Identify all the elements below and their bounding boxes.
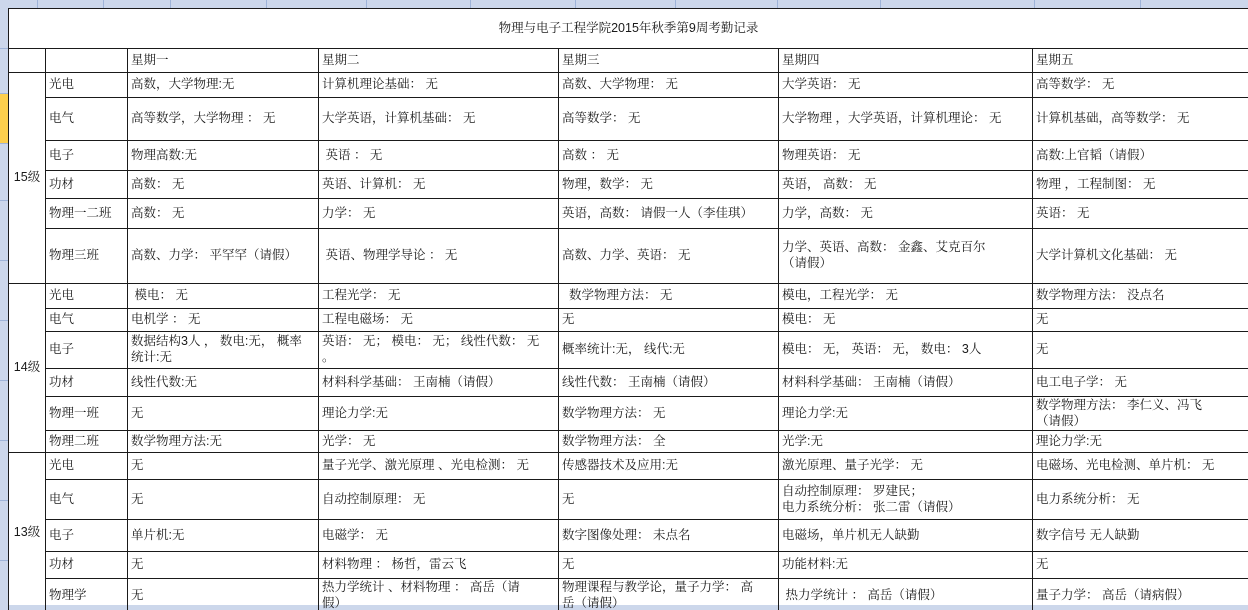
- attendance-cell[interactable]: 英语： 无: [1033, 199, 1248, 229]
- attendance-cell[interactable]: 高数、力学： 平罕罕（请假）: [128, 229, 319, 284]
- attendance-cell[interactable]: 英语，高数： 请假一人（李佳琪）: [559, 199, 779, 229]
- table-row: 物理二班数学物理方法:无光学： 无数学物理方法： 全光学:无理论力学:无: [9, 431, 1248, 453]
- sheet-row-gridline: [0, 500, 8, 501]
- corner-cell-grade[interactable]: [9, 49, 46, 73]
- sheet-row-gridline: [0, 93, 8, 94]
- table-row: 功材高数： 无英语、计算机： 无物理，数学： 无英语， 高数： 无物理 ，工程制…: [9, 171, 1248, 199]
- attendance-cell[interactable]: 电磁学： 无: [319, 520, 559, 552]
- attendance-cell[interactable]: 物理课程与教学论，量子力学： 高 岳（请假）: [559, 579, 779, 610]
- attendance-cell[interactable]: 理论力学:无: [1033, 431, 1248, 453]
- table-row: 13级光电无量子光学、激光原理 、光电检测： 无传感器技术及应用:无激光原理、量…: [9, 453, 1248, 480]
- attendance-cell[interactable]: 无: [128, 552, 319, 579]
- sheet-top-strip: [0, 0, 1248, 8]
- attendance-cell[interactable]: 热力学统计 、材料物理 ： 高岳（请 假）: [319, 579, 559, 610]
- attendance-cell[interactable]: 线性代数:无: [128, 369, 319, 397]
- attendance-cell[interactable]: 理论力学:无: [779, 397, 1033, 431]
- grade-cell-15级[interactable]: 15级: [9, 73, 46, 284]
- attendance-cell[interactable]: 工程电磁场： 无: [319, 309, 559, 332]
- attendance-cell[interactable]: 高数 ： 无: [559, 141, 779, 171]
- attendance-cell[interactable]: 数学物理方法： 全: [559, 431, 779, 453]
- attendance-cell[interactable]: 电机学 ： 无: [128, 309, 319, 332]
- attendance-cell[interactable]: 概率统计:无， 线代:无: [559, 332, 779, 369]
- class-cell-14级-物理一班[interactable]: 物理一班: [46, 397, 128, 431]
- class-cell-14级-功材[interactable]: 功材: [46, 369, 128, 397]
- sheet-row-gridline: [0, 380, 8, 381]
- table-row: 电气电机学 ： 无工程电磁场： 无无模电： 无无: [9, 309, 1248, 332]
- attendance-cell[interactable]: 热力学统计 ： 高岳（请假）: [779, 579, 1033, 610]
- table-row: 电气高等数学，大学物理 ： 无大学英语，计算机基础： 无高等数学： 无大学物理 …: [9, 98, 1248, 141]
- attendance-cell[interactable]: 无: [559, 552, 779, 579]
- attendance-cell[interactable]: 电力系统分析： 无: [1033, 480, 1248, 520]
- highlight-cell-yellow: [0, 93, 8, 143]
- class-cell-15级-光电[interactable]: 光电: [46, 73, 128, 98]
- class-cell-14级-电气[interactable]: 电气: [46, 309, 128, 332]
- sheet-row-gridline: [0, 260, 8, 261]
- attendance-cell[interactable]: 自动控制原理： 罗建民； 电力系统分析： 张二雷（请假）: [779, 480, 1033, 520]
- attendance-cell[interactable]: 高数： 无: [128, 199, 319, 229]
- class-cell-15级-电气[interactable]: 电气: [46, 98, 128, 141]
- attendance-cell[interactable]: 无: [128, 397, 319, 431]
- attendance-cell[interactable]: 量子光学、激光原理 、光电检测： 无: [319, 453, 559, 480]
- day-header-3[interactable]: 星期三: [559, 49, 779, 73]
- class-cell-13级-功材[interactable]: 功材: [46, 552, 128, 579]
- sheet-column-gridline: [575, 0, 576, 8]
- sheet-row-gridline: [0, 143, 8, 144]
- attendance-cell[interactable]: 高等数学： 无: [559, 98, 779, 141]
- attendance-cell[interactable]: 大学物理 ，大学英语，计算机理论： 无: [779, 98, 1033, 141]
- attendance-table: 物理与电子工程学院2015年秋季第9周考勤记录星期一星期二星期三星期四星期五15…: [8, 8, 1248, 610]
- corner-cell-class[interactable]: [46, 49, 128, 73]
- sheet-column-gridline: [103, 0, 104, 8]
- attendance-cell[interactable]: 数学物理方法： 李仁义、冯飞 （请假）: [1033, 397, 1248, 431]
- sheet-column-gridline: [675, 0, 676, 8]
- attendance-cell[interactable]: 无: [128, 579, 319, 610]
- attendance-cell[interactable]: 数学物理方法： 没点名: [1033, 284, 1248, 309]
- sheet-column-gridline: [266, 0, 267, 8]
- attendance-cell[interactable]: 数据结构3人 ， 数电:无， 概率 统计:无: [128, 332, 319, 369]
- attendance-cell[interactable]: 线性代数： 王南楠（请假）: [559, 369, 779, 397]
- day-header-4[interactable]: 星期四: [779, 49, 1033, 73]
- attendance-cell[interactable]: 高数、大学物理： 无: [559, 73, 779, 98]
- attendance-cell[interactable]: 高数： 无: [128, 171, 319, 199]
- class-cell-14级-物理二班[interactable]: 物理二班: [46, 431, 128, 453]
- class-cell-13级-电子[interactable]: 电子: [46, 520, 128, 552]
- attendance-cell[interactable]: 光学： 无: [319, 431, 559, 453]
- attendance-cell[interactable]: 数学物理方法： 无: [559, 397, 779, 431]
- sheet-column-gridline: [777, 0, 778, 8]
- attendance-cell[interactable]: 高等数学： 无: [1033, 73, 1248, 98]
- attendance-cell[interactable]: 计算机理论基础： 无: [319, 73, 559, 98]
- sheet-row-gridline: [0, 560, 8, 561]
- sheet-row-gridline: [0, 440, 8, 441]
- table-row: 14级光电 模电： 无工程光学： 无 数学物理方法： 无模电，工程光学： 无数学…: [9, 284, 1248, 309]
- table-row: 物理一班无理论力学:无数学物理方法： 无理论力学:无数学物理方法： 李仁义、冯飞…: [9, 397, 1248, 431]
- table-row: 功材无材料物理 ： 杨哲，雷云飞无功能材料:无无: [9, 552, 1248, 579]
- class-cell-15级-功材[interactable]: 功材: [46, 171, 128, 199]
- attendance-cell[interactable]: 数字信号 无人缺勤: [1033, 520, 1248, 552]
- attendance-cell[interactable]: 高数、力学、英语： 无: [559, 229, 779, 284]
- attendance-cell[interactable]: 无: [1033, 332, 1248, 369]
- attendance-cell[interactable]: 数字图像处理： 未点名: [559, 520, 779, 552]
- table-row: 物理三班高数、力学： 平罕罕（请假） 英语、物理学导论 ： 无高数、力学、英语：…: [9, 229, 1248, 284]
- table-row: 功材线性代数:无材料科学基础： 王南楠（请假）线性代数： 王南楠（请假）材料科学…: [9, 369, 1248, 397]
- attendance-cell[interactable]: 无: [1033, 552, 1248, 579]
- sheet-column-gridline: [170, 0, 171, 8]
- sheet-column-gridline: [37, 0, 38, 8]
- attendance-cell[interactable]: 高数，大学物理:无: [128, 73, 319, 98]
- attendance-cell[interactable]: 力学，高数： 无: [779, 199, 1033, 229]
- class-cell-15级-物理一二班[interactable]: 物理一二班: [46, 199, 128, 229]
- attendance-cell[interactable]: 英语 ： 无: [319, 141, 559, 171]
- attendance-cell[interactable]: 模电： 无: [779, 309, 1033, 332]
- table-row: 电子单片机:无电磁学： 无数字图像处理： 未点名电磁场，单片机无人缺勤数字信号 …: [9, 520, 1248, 552]
- attendance-cell[interactable]: 无: [559, 480, 779, 520]
- class-cell-13级-电气[interactable]: 电气: [46, 480, 128, 520]
- attendance-cell[interactable]: 高数:上官韬（请假）: [1033, 141, 1248, 171]
- attendance-cell[interactable]: 力学、英语、高数： 金鑫、艾克百尔 （请假）: [779, 229, 1033, 284]
- day-header-2[interactable]: 星期二: [319, 49, 559, 73]
- attendance-sheet: 物理与电子工程学院2015年秋季第9周考勤记录星期一星期二星期三星期四星期五15…: [8, 8, 1248, 605]
- table-row: 电子数据结构3人 ， 数电:无， 概率 统计:无英语： 无； 模电： 无； 线性…: [9, 332, 1248, 369]
- day-header-5[interactable]: 星期五: [1033, 49, 1248, 73]
- grade-cell-13级[interactable]: 13级: [9, 453, 46, 610]
- attendance-cell[interactable]: 英语， 高数： 无: [779, 171, 1033, 199]
- sheet-column-gridline: [1034, 0, 1035, 8]
- table-row: 电子物理高数:无 英语 ： 无高数 ： 无物理英语： 无高数:上官韬（请假）: [9, 141, 1248, 171]
- table-row: 电气无自动控制原理： 无无自动控制原理： 罗建民； 电力系统分析： 张二雷（请假…: [9, 480, 1248, 520]
- class-cell-13级-物理学[interactable]: 物理学: [46, 579, 128, 610]
- attendance-cell[interactable]: 计算机基础，高等数学： 无: [1033, 98, 1248, 141]
- attendance-cell[interactable]: 电工电子学： 无: [1033, 369, 1248, 397]
- attendance-cell[interactable]: 大学英语： 无: [779, 73, 1033, 98]
- attendance-cell[interactable]: 传感器技术及应用:无: [559, 453, 779, 480]
- attendance-cell[interactable]: 物理高数:无: [128, 141, 319, 171]
- day-header-1[interactable]: 星期一: [128, 49, 319, 73]
- class-cell-15级-电子[interactable]: 电子: [46, 141, 128, 171]
- attendance-cell[interactable]: 英语、物理学导论 ： 无: [319, 229, 559, 284]
- sheet-row-gridline: [0, 320, 8, 321]
- attendance-cell[interactable]: 数学物理方法:无: [128, 431, 319, 453]
- attendance-cell[interactable]: 英语： 无； 模电： 无； 线性代数： 无 。: [319, 332, 559, 369]
- sheet-row-gridline: [0, 200, 8, 201]
- attendance-cell[interactable]: 无: [128, 453, 319, 480]
- attendance-cell[interactable]: 激光原理、量子光学： 无: [779, 453, 1033, 480]
- attendance-cell[interactable]: 物理，数学： 无: [559, 171, 779, 199]
- attendance-cell[interactable]: 模电： 无， 英语： 无， 数电： 3人: [779, 332, 1033, 369]
- attendance-cell[interactable]: 数学物理方法： 无: [559, 284, 779, 309]
- table-row: 物理学无热力学统计 、材料物理 ： 高岳（请 假）物理课程与教学论，量子力学： …: [9, 579, 1248, 610]
- grade-cell-14级[interactable]: 14级: [9, 284, 46, 453]
- attendance-cell[interactable]: 单片机:无: [128, 520, 319, 552]
- attendance-cell[interactable]: 英语、计算机： 无: [319, 171, 559, 199]
- attendance-cell[interactable]: 电磁场、光电检测、单片机： 无: [1033, 453, 1248, 480]
- attendance-cell[interactable]: 无: [128, 480, 319, 520]
- sheet-left-strip: [0, 8, 8, 610]
- attendance-cell[interactable]: 光学:无: [779, 431, 1033, 453]
- class-cell-14级-电子[interactable]: 电子: [46, 332, 128, 369]
- attendance-cell[interactable]: 大学英语，计算机基础： 无: [319, 98, 559, 141]
- attendance-cell[interactable]: 力学： 无: [319, 199, 559, 229]
- attendance-cell[interactable]: 无: [1033, 309, 1248, 332]
- attendance-cell[interactable]: 材料物理 ： 杨哲，雷云飞: [319, 552, 559, 579]
- table-row: 物理一二班高数： 无力学： 无英语，高数： 请假一人（李佳琪）力学，高数： 无英…: [9, 199, 1248, 229]
- table-row: 15级光电高数，大学物理:无计算机理论基础： 无高数、大学物理： 无大学英语： …: [9, 73, 1248, 98]
- attendance-cell[interactable]: 材料科学基础： 王南楠（请假）: [319, 369, 559, 397]
- attendance-cell[interactable]: 无: [559, 309, 779, 332]
- sheet-column-gridline: [1140, 0, 1141, 8]
- class-cell-15级-物理三班[interactable]: 物理三班: [46, 229, 128, 284]
- class-cell-14级-光电[interactable]: 光电: [46, 284, 128, 309]
- attendance-cell[interactable]: 量子力学： 高岳（请病假）: [1033, 579, 1248, 610]
- attendance-cell[interactable]: 高等数学，大学物理 ： 无: [128, 98, 319, 141]
- attendance-cell[interactable]: 工程光学： 无: [319, 284, 559, 309]
- attendance-cell[interactable]: 电磁场，单片机无人缺勤: [779, 520, 1033, 552]
- sheet-row-gridline: [0, 48, 8, 49]
- sheet-column-gridline: [470, 0, 471, 8]
- sheet-column-gridline: [366, 0, 367, 8]
- page-title[interactable]: 物理与电子工程学院2015年秋季第9周考勤记录: [9, 9, 1248, 49]
- attendance-cell[interactable]: 物理英语： 无: [779, 141, 1033, 171]
- class-cell-13级-光电[interactable]: 光电: [46, 453, 128, 480]
- attendance-cell[interactable]: 材料科学基础： 王南楠（请假）: [779, 369, 1033, 397]
- attendance-cell[interactable]: 自动控制原理： 无: [319, 480, 559, 520]
- attendance-cell[interactable]: 功能材料:无: [779, 552, 1033, 579]
- attendance-cell[interactable]: 物理 ，工程制图： 无: [1033, 171, 1248, 199]
- attendance-cell[interactable]: 模电，工程光学： 无: [779, 284, 1033, 309]
- attendance-cell[interactable]: 模电： 无: [128, 284, 319, 309]
- sheet-column-gridline: [880, 0, 881, 8]
- attendance-cell[interactable]: 理论力学:无: [319, 397, 559, 431]
- attendance-cell[interactable]: 大学计算机文化基础： 无: [1033, 229, 1248, 284]
